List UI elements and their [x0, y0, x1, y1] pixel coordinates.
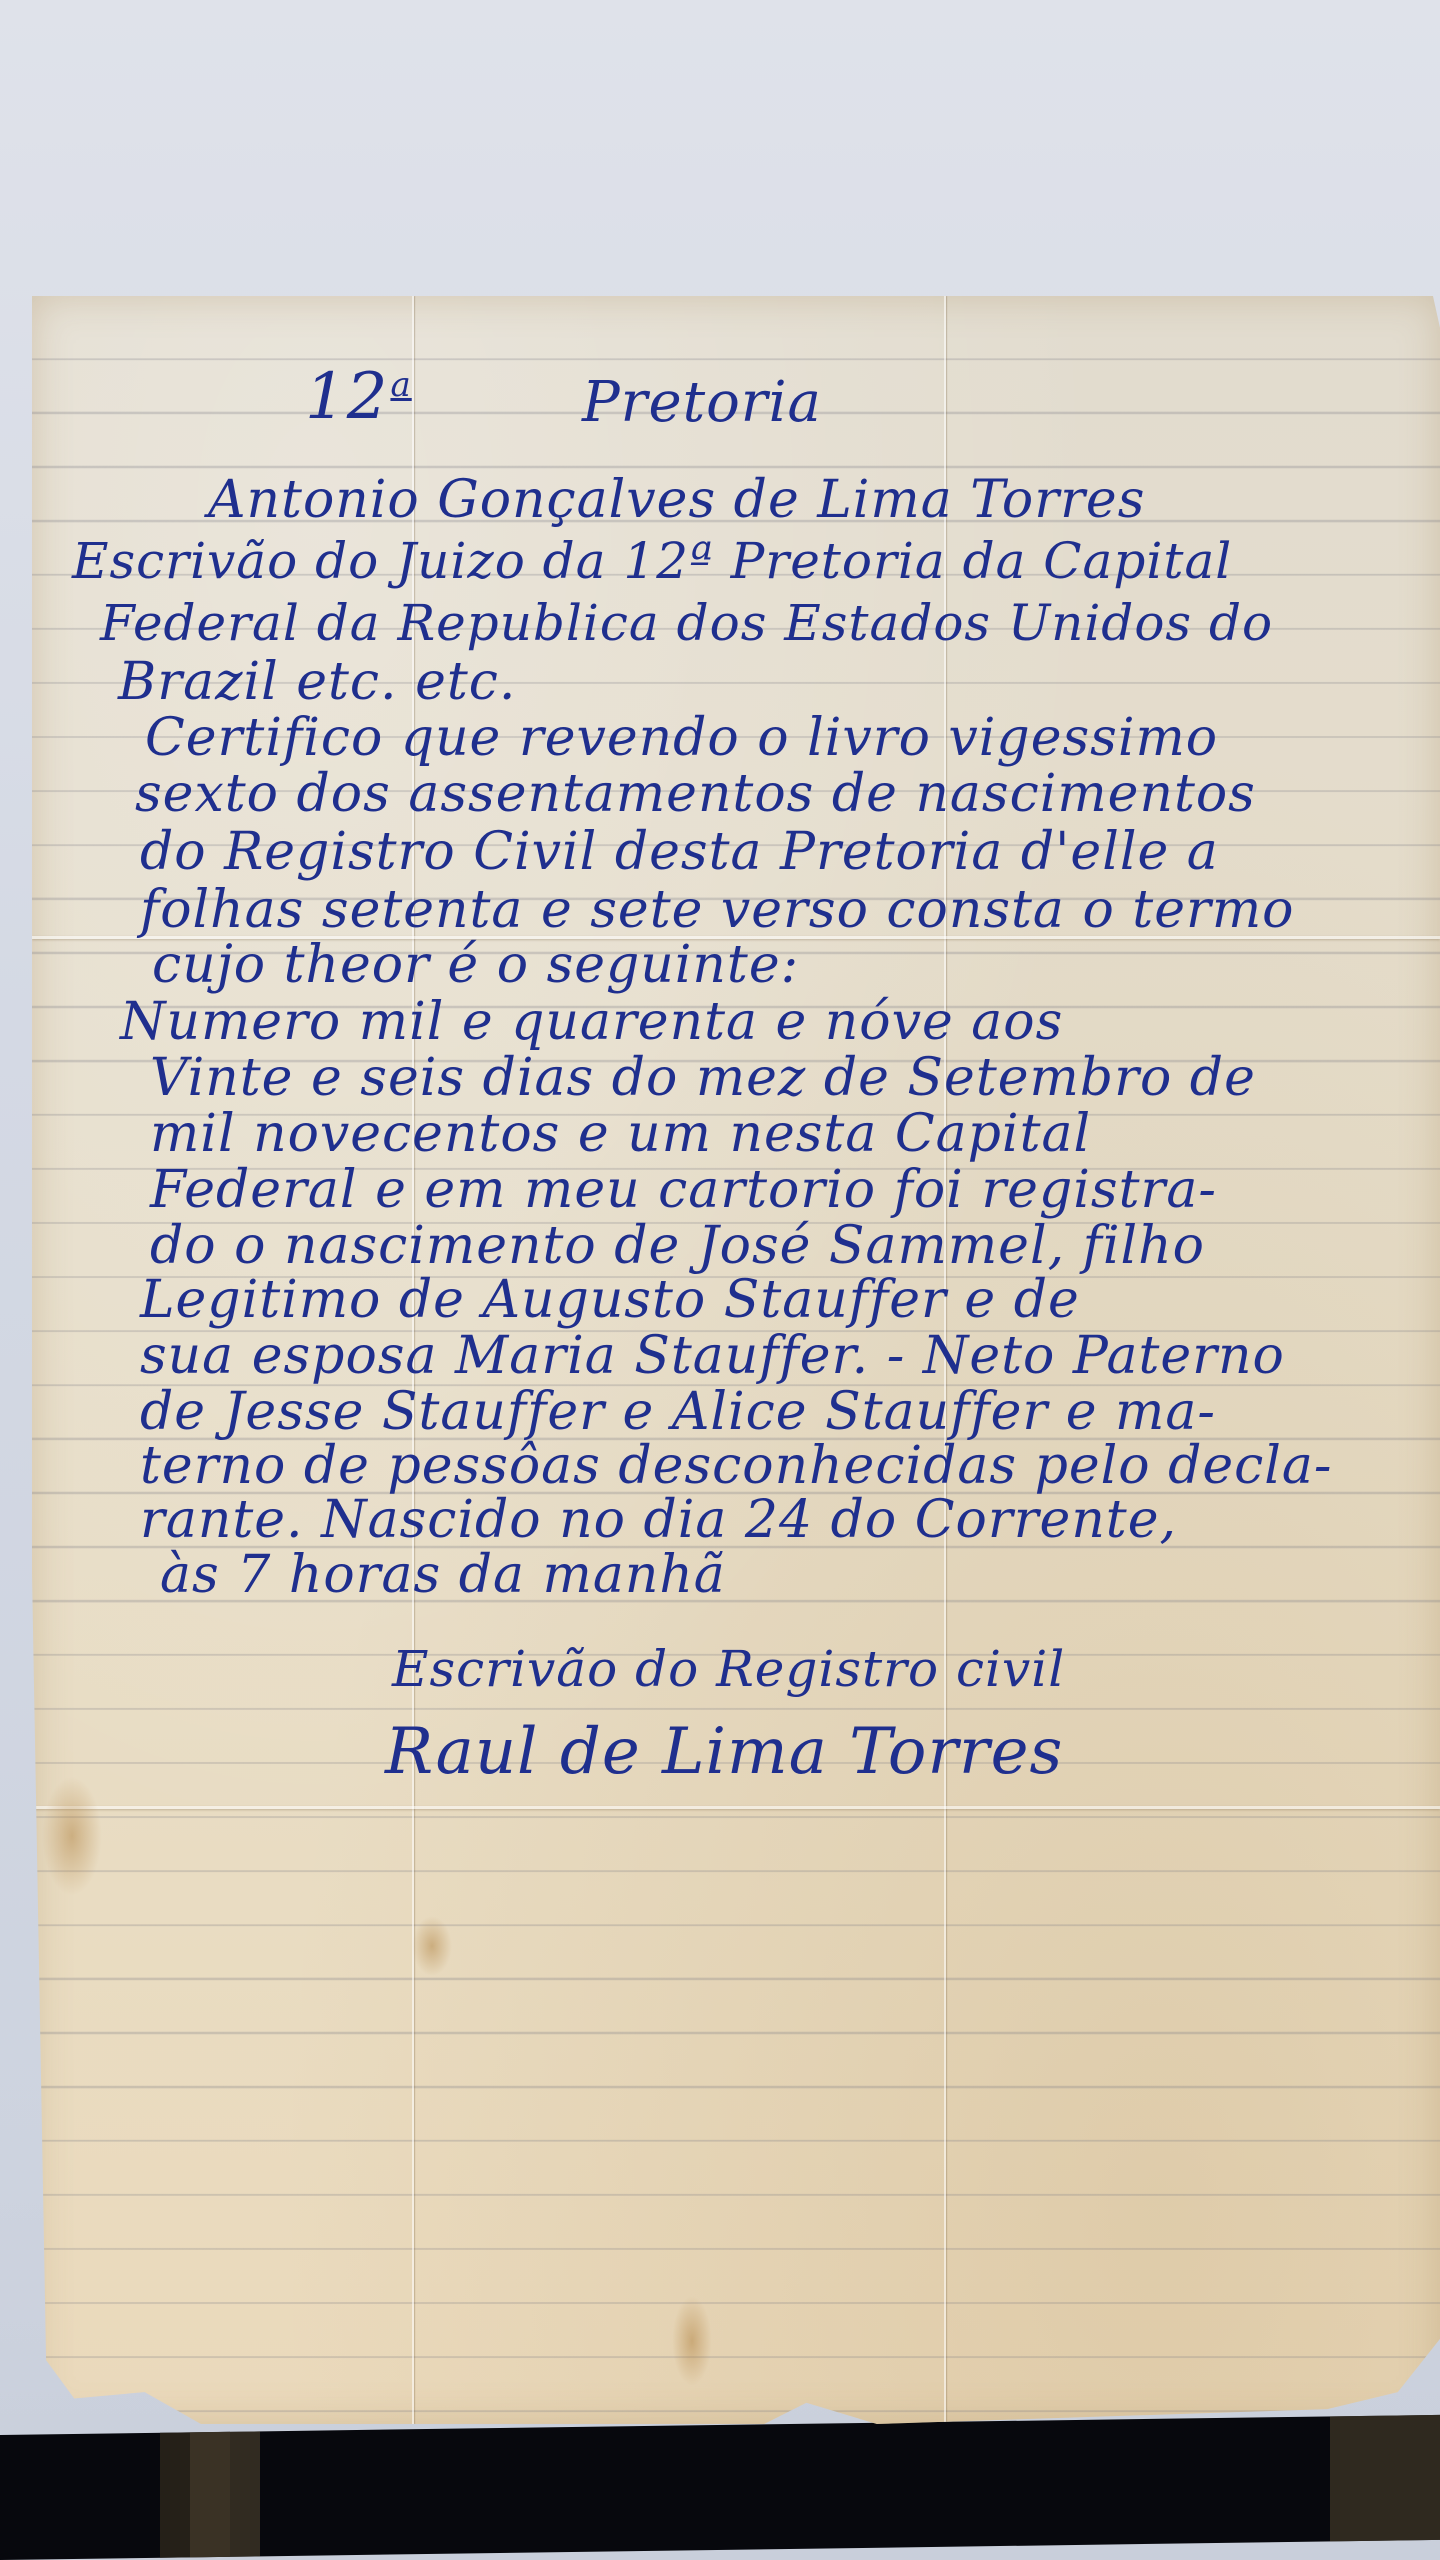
body-line: Certifico que revendo o livro vigessimo [145, 708, 1218, 768]
body-line: rante. Nascido no dia 24 do Corrente, [140, 1490, 1177, 1550]
body-line: de Jesse Stauffer e Alice Stauffer e ma- [140, 1382, 1216, 1442]
floor-board [1330, 2415, 1440, 2542]
body-line: Federal da Republica dos Estados Unidos … [100, 594, 1273, 652]
body-line: Brazil etc. etc. [118, 652, 516, 712]
signature-title: Escrivão do Registro civil [392, 1640, 1065, 1698]
body-line: cujo theor é o seguinte: [152, 935, 799, 995]
rust-stain [42, 1776, 102, 1896]
floor-board [190, 2431, 260, 2557]
fold-crease-horizontal [32, 1806, 1440, 1809]
rust-stain [412, 1916, 452, 1976]
heading-ordinal: 12a [305, 360, 412, 434]
body-line: sua esposa Maria Stauffer. - Neto Patern… [140, 1326, 1285, 1386]
body-line: Antonio Gonçalves de Lima Torres [208, 470, 1145, 530]
body-line: do o nascimento de José Sammel, filho [150, 1216, 1205, 1276]
body-line: Numero mil e quarenta e nóve aos [120, 992, 1063, 1052]
body-line: terno de pessôas desconhecidas pelo decl… [140, 1436, 1333, 1496]
signature-name: Raul de Lima Torres [385, 1715, 1063, 1789]
heading-office: Pretoria [582, 370, 822, 435]
body-line: sexto dos assentamentos de nascimentos [135, 764, 1256, 824]
body-line: Escrivão do Juizo da 12ª Pretoria da Cap… [72, 532, 1232, 590]
body-line: Vinte e seis dias do mez de Setembro de [150, 1048, 1256, 1108]
body-line: mil novecentos e um nesta Capital [150, 1104, 1091, 1164]
body-line: do Registro Civil desta Pretoria d'elle … [140, 822, 1219, 882]
body-line: Federal e em meu cartorio foi registra- [150, 1160, 1217, 1220]
body-line: folhas setenta e sete verso consta o ter… [140, 880, 1294, 940]
body-line: Legitimo de Augusto Stauffer e de [140, 1270, 1080, 1330]
dark-floor-background [0, 2415, 1440, 2560]
rust-stain [672, 2296, 712, 2386]
body-line: às 7 horas da manhã [160, 1545, 726, 1605]
